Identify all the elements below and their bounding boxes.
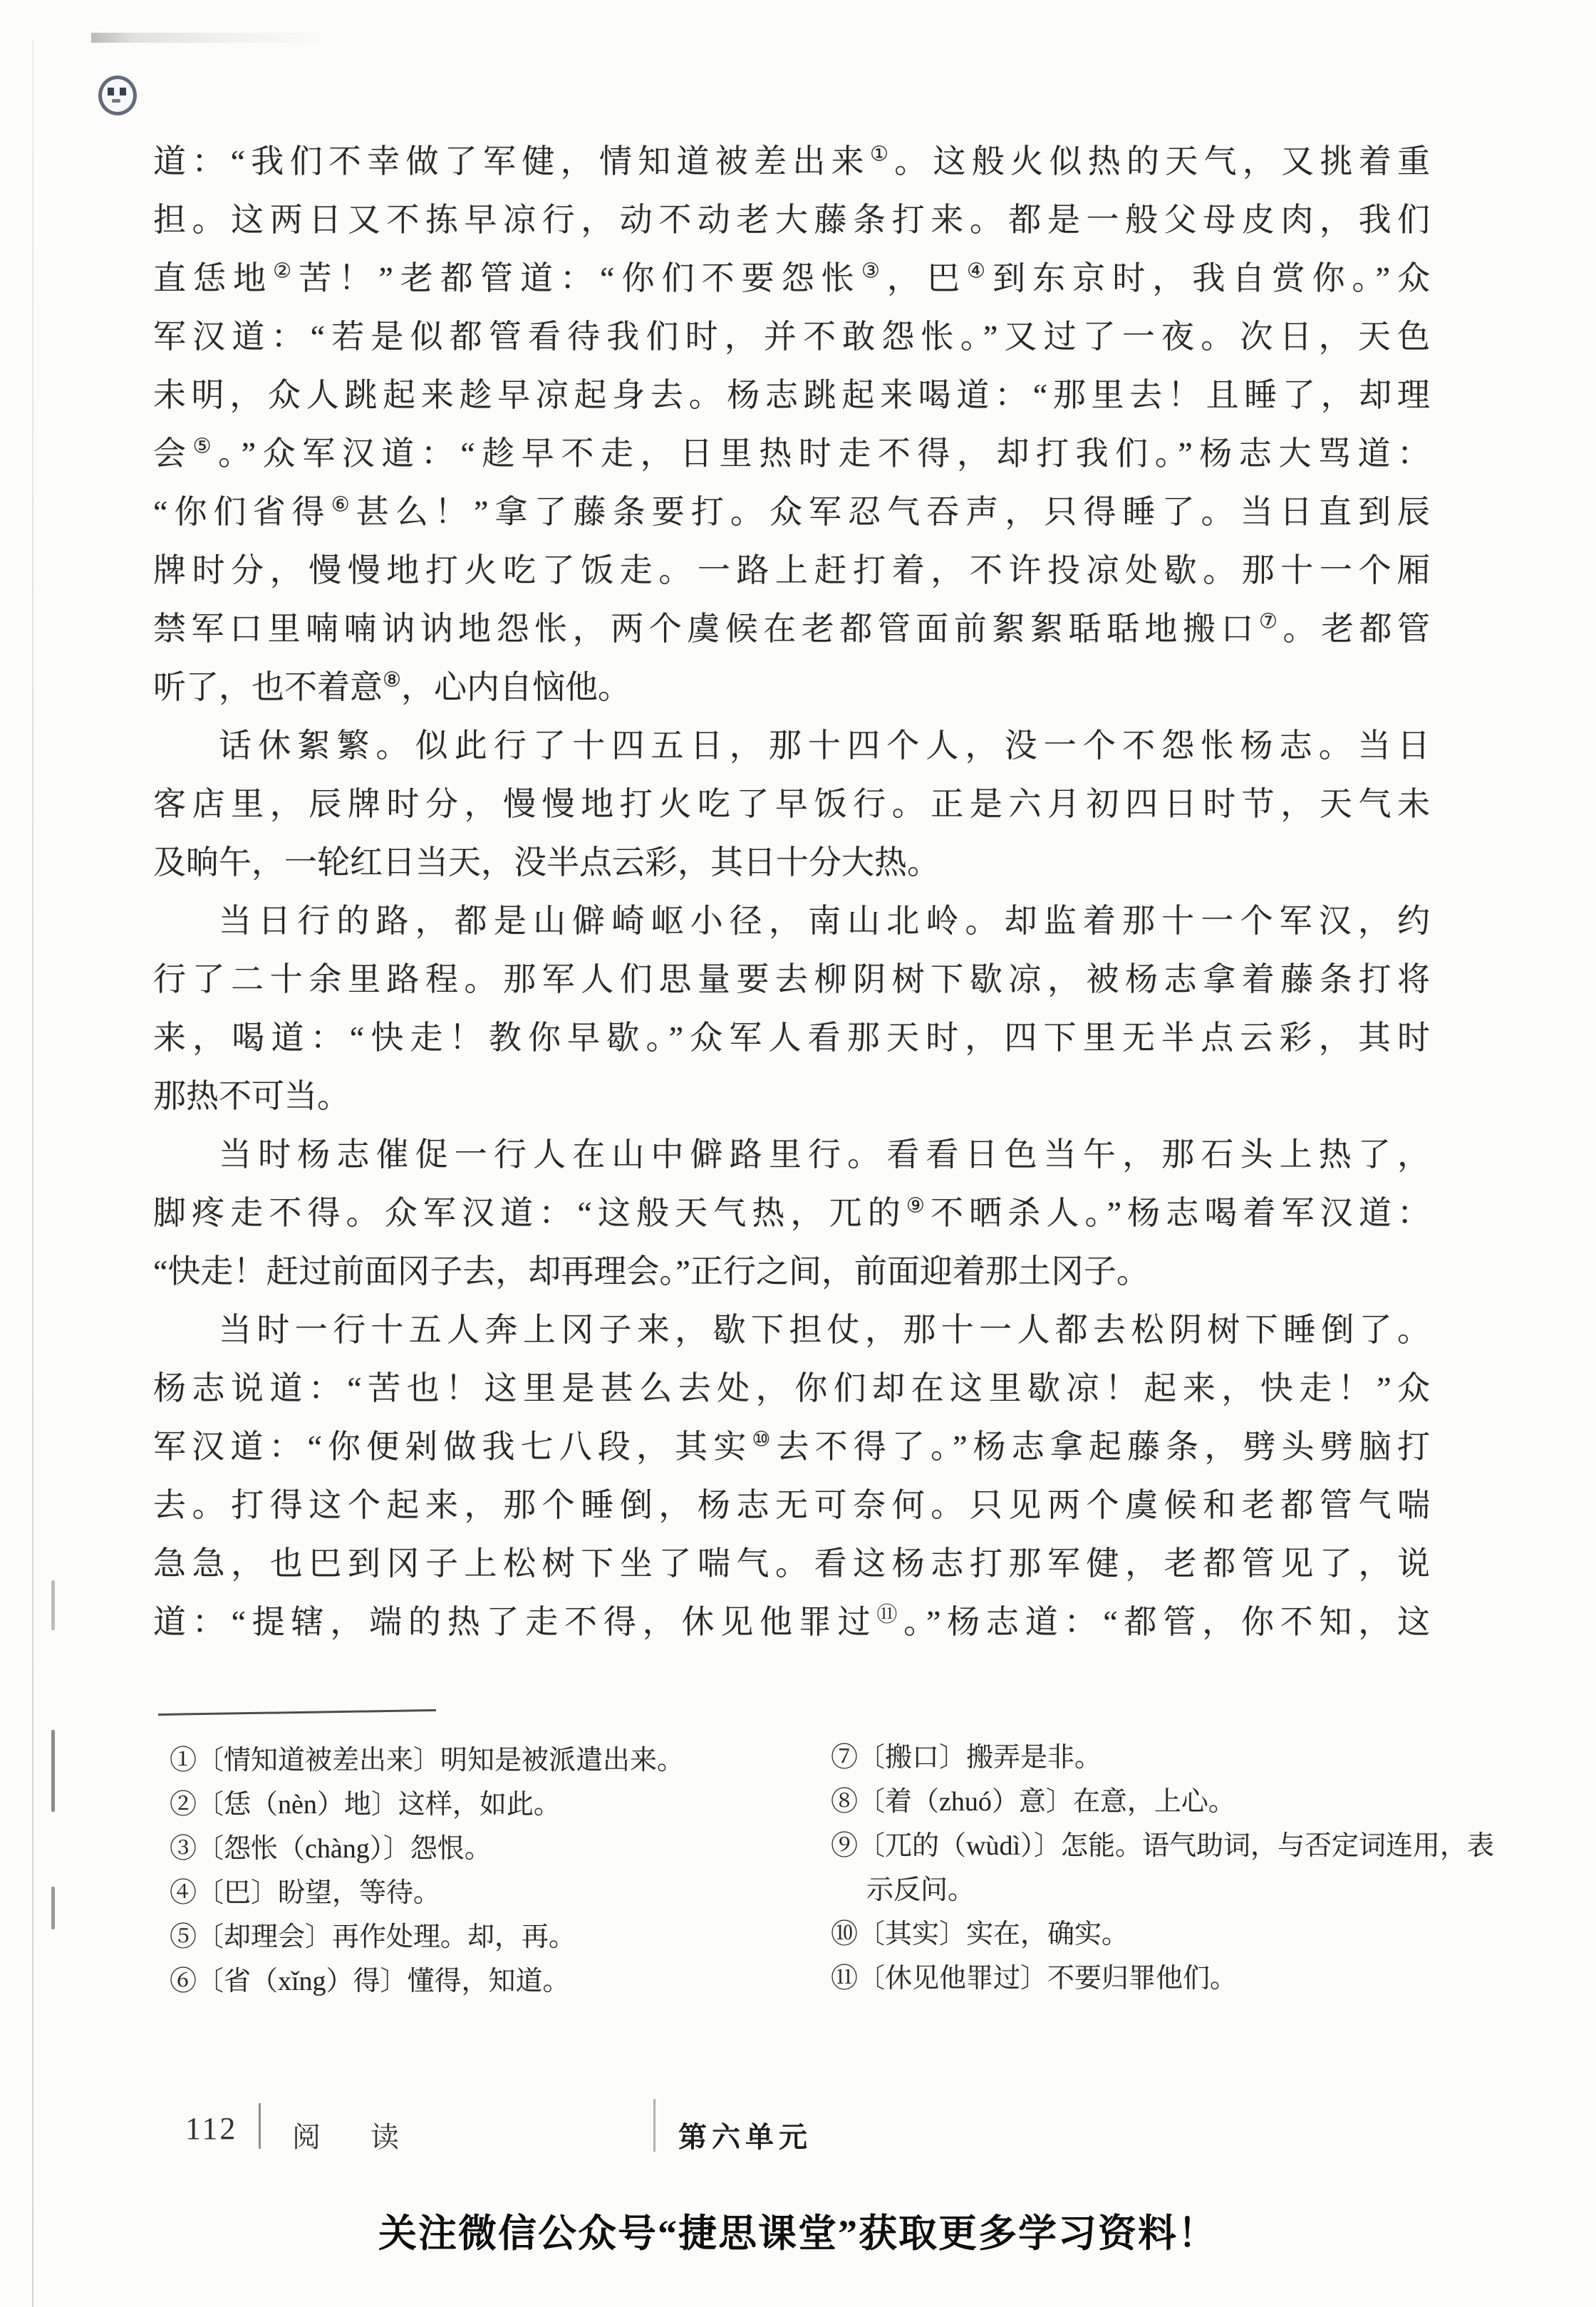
text-line: 当日行的路，都是山僻崎岖小径，南山北岭。却监着那十一个军汉，约 xyxy=(153,892,1430,950)
footnote-ref: ⑩ xyxy=(752,1429,776,1451)
footer-divider xyxy=(259,2103,261,2149)
scan-artifact xyxy=(51,1887,55,1929)
footnote-item: ②〔恁（nèn）地〕这样，如此。 xyxy=(170,1783,819,1827)
text-line: 话休絮繁。似此行了十四五日，那十四个人，没一个不怨怅杨志。当日 xyxy=(153,717,1430,775)
scan-artifact xyxy=(51,1580,55,1630)
text-line: 道：“提辖，端的热了走不得，休见他罪过⑪。”杨志道：“都管，你不知，这 xyxy=(153,1593,1430,1652)
footnote-ref: ① xyxy=(870,143,894,166)
text-line: 当时一行十五人奔上冈子来，歇下担仗，那十一人都去松阴树下睡倒了。 xyxy=(153,1301,1430,1359)
footnote-ref: ⑦ xyxy=(1259,611,1283,633)
footnote-ref: ⑨ xyxy=(906,1195,931,1218)
footnote-item: ④〔巴〕盼望，等待。 xyxy=(170,1871,819,1915)
text-line: 道：“我们不幸做了军健，情知道被差出来①。这般火似热的天气，又挑着重 xyxy=(153,133,1430,191)
text-line: 来，喝道：“快走！教你早歇。”众军人看那天时，四下里无半点云彩，其时 xyxy=(153,1009,1430,1067)
scan-artifact xyxy=(51,1730,55,1812)
footer-unit-label: 第六单元 xyxy=(678,2115,812,2155)
text-line: 担。这两日又不拣早凉行，动不动老大藤条打来。都是一般父母皮肉，我们 xyxy=(153,191,1430,249)
footnote-ref: ⑧ xyxy=(383,669,401,692)
footnote-ref: ③ xyxy=(861,260,887,283)
smiley-eye xyxy=(120,88,126,95)
scan-smudge-artifact xyxy=(91,33,333,43)
text-line: “你们省得⑥甚么！”拿了藤条要打。众军忍气吞声，只得睡了。当日直到辰 xyxy=(153,483,1430,541)
footnote-ref: ⑤ xyxy=(193,435,219,458)
text-line: 那热不可当。 xyxy=(153,1067,1430,1126)
text-line: 未明，众人跳起来趁早凉起身去。杨志跳起来喝道：“那里去！且睡了，却理 xyxy=(153,366,1430,425)
footnote-ref: ② xyxy=(273,260,299,283)
text-line: 听了，也不着意⑧，心内自恼他。 xyxy=(153,658,1430,717)
text-line: 军汉道：“你便剁做我七八段，其实⑩去不得了。”杨志拿起藤条，劈头劈脑打 xyxy=(153,1418,1430,1476)
watermark-text: 关注微信公众号“捷思课堂”获取更多学习资料！ xyxy=(0,2203,1596,2258)
text-line: 脚疼走不得。众军汉道：“这般天气热，兀的⑨不晒杀人。”杨志喝着军汉道： xyxy=(153,1184,1430,1243)
footnote-item: ⑤〔却理会〕再作处理。却，再。 xyxy=(170,1915,819,1959)
text-line: 行了二十余里路程。那军人们思量要去柳阴树下歇凉，被杨志拿着藤条打将 xyxy=(153,950,1430,1009)
footnote-item: ⑦〔搬口〕搬弄是非。 xyxy=(831,1736,1505,1780)
smiley-eye xyxy=(108,88,114,95)
footnote-column-right: ⑦〔搬口〕搬弄是非。⑧〔着（zhuó）意〕在意，上心。⑨〔兀的（wùdì）〕怎能… xyxy=(831,1736,1505,2001)
text-line: 杨志说道：“苦也！这里是甚么去处，你们却在这里歇凉！起来，快走！”众 xyxy=(153,1359,1430,1418)
footnote-divider-line xyxy=(158,1709,436,1716)
page-binding-edge xyxy=(32,39,33,2307)
smiley-face-icon xyxy=(98,76,137,115)
text-line: 当时杨志催促一行人在山中僻路里行。看看日色当午，那石头上热了， xyxy=(153,1126,1430,1184)
text-line: 会⑤。”众军汉道：“趁早不走，日里热时走不得，却打我们。”杨志大骂道： xyxy=(153,425,1430,483)
text-line: 及晌午，一轮红日当天，没半点云彩，其日十分大热。 xyxy=(153,834,1430,892)
footer-section-label: 阅 读 xyxy=(292,2115,420,2155)
text-line: 急急，也巴到冈子上松树下坐了喘气。看这杨志打那军健，老都管见了，说 xyxy=(153,1535,1430,1593)
footnote-item: ⑪〔休见他罪过〕不要归罪他们。 xyxy=(831,1956,1505,2001)
text-line: “快走！赶过前面冈子去，却再理会。”正行之间，前面迎着那土冈子。 xyxy=(153,1243,1430,1301)
text-line: 军汉道：“若是似都管看待我们时，并不敢怨怅。”又过了一夜。次日，天色 xyxy=(153,308,1430,366)
text-line: 客店里，辰牌时分，慢慢地打火吃了早饭行。正是六月初四日时节，天气未 xyxy=(153,775,1430,834)
footer-divider xyxy=(653,2099,655,2152)
text-line: 去。打得这个起来，那个睡倒，杨志无可奈何。只见两个虞候和老都管气喘 xyxy=(153,1476,1430,1535)
footnote-item: ⑩〔其实〕实在，确实。 xyxy=(831,1912,1505,1956)
text-line: 禁军口里喃喃讷讷地怨怅，两个虞候在老都管面前絮絮聒聒地搬口⑦。老都管 xyxy=(153,600,1430,658)
footnote-item: ①〔情知道被差出来〕明知是被派遣出来。 xyxy=(170,1738,819,1783)
scanned-textbook-page: 道：“我们不幸做了军健，情知道被差出来①。这般火似热的天气，又挑着重担。这两日又… xyxy=(0,0,1596,2307)
body-text: 道：“我们不幸做了军健，情知道被差出来①。这般火似热的天气，又挑着重担。这两日又… xyxy=(153,133,1430,1652)
smiley-mouth xyxy=(112,99,120,103)
footnote-item: ⑨〔兀的（wùdì）〕怎能。语气助词，与否定词连用，表示反问。 xyxy=(831,1824,1505,1912)
footer-page-number: 112 xyxy=(185,2110,237,2147)
footnote-item: ⑥〔省（xǐng）得〕懂得，知道。 xyxy=(170,1959,819,2003)
footnote-ref: ⑪ xyxy=(876,1604,903,1627)
footnote-item: ⑧〔着（zhuó）意〕在意，上心。 xyxy=(831,1780,1505,1824)
text-line: 直恁地②苦！”老都管道：“你们不要怨怅③，巴④到东京时，我自赏你。”众 xyxy=(153,249,1430,308)
footnote-ref: ④ xyxy=(967,260,993,283)
text-line: 牌时分，慢慢地打火吃了饭走。一路上赶打着，不许投凉处歇。那十一个厢 xyxy=(153,541,1430,600)
footnote-column-left: ①〔情知道被差出来〕明知是被派遣出来。②〔恁（nèn）地〕这样，如此。③〔怨怅（… xyxy=(170,1738,819,2003)
footnote-item: ③〔怨怅（chàng）〕怨恨。 xyxy=(170,1827,819,1871)
footnote-ref: ⑥ xyxy=(331,494,356,517)
